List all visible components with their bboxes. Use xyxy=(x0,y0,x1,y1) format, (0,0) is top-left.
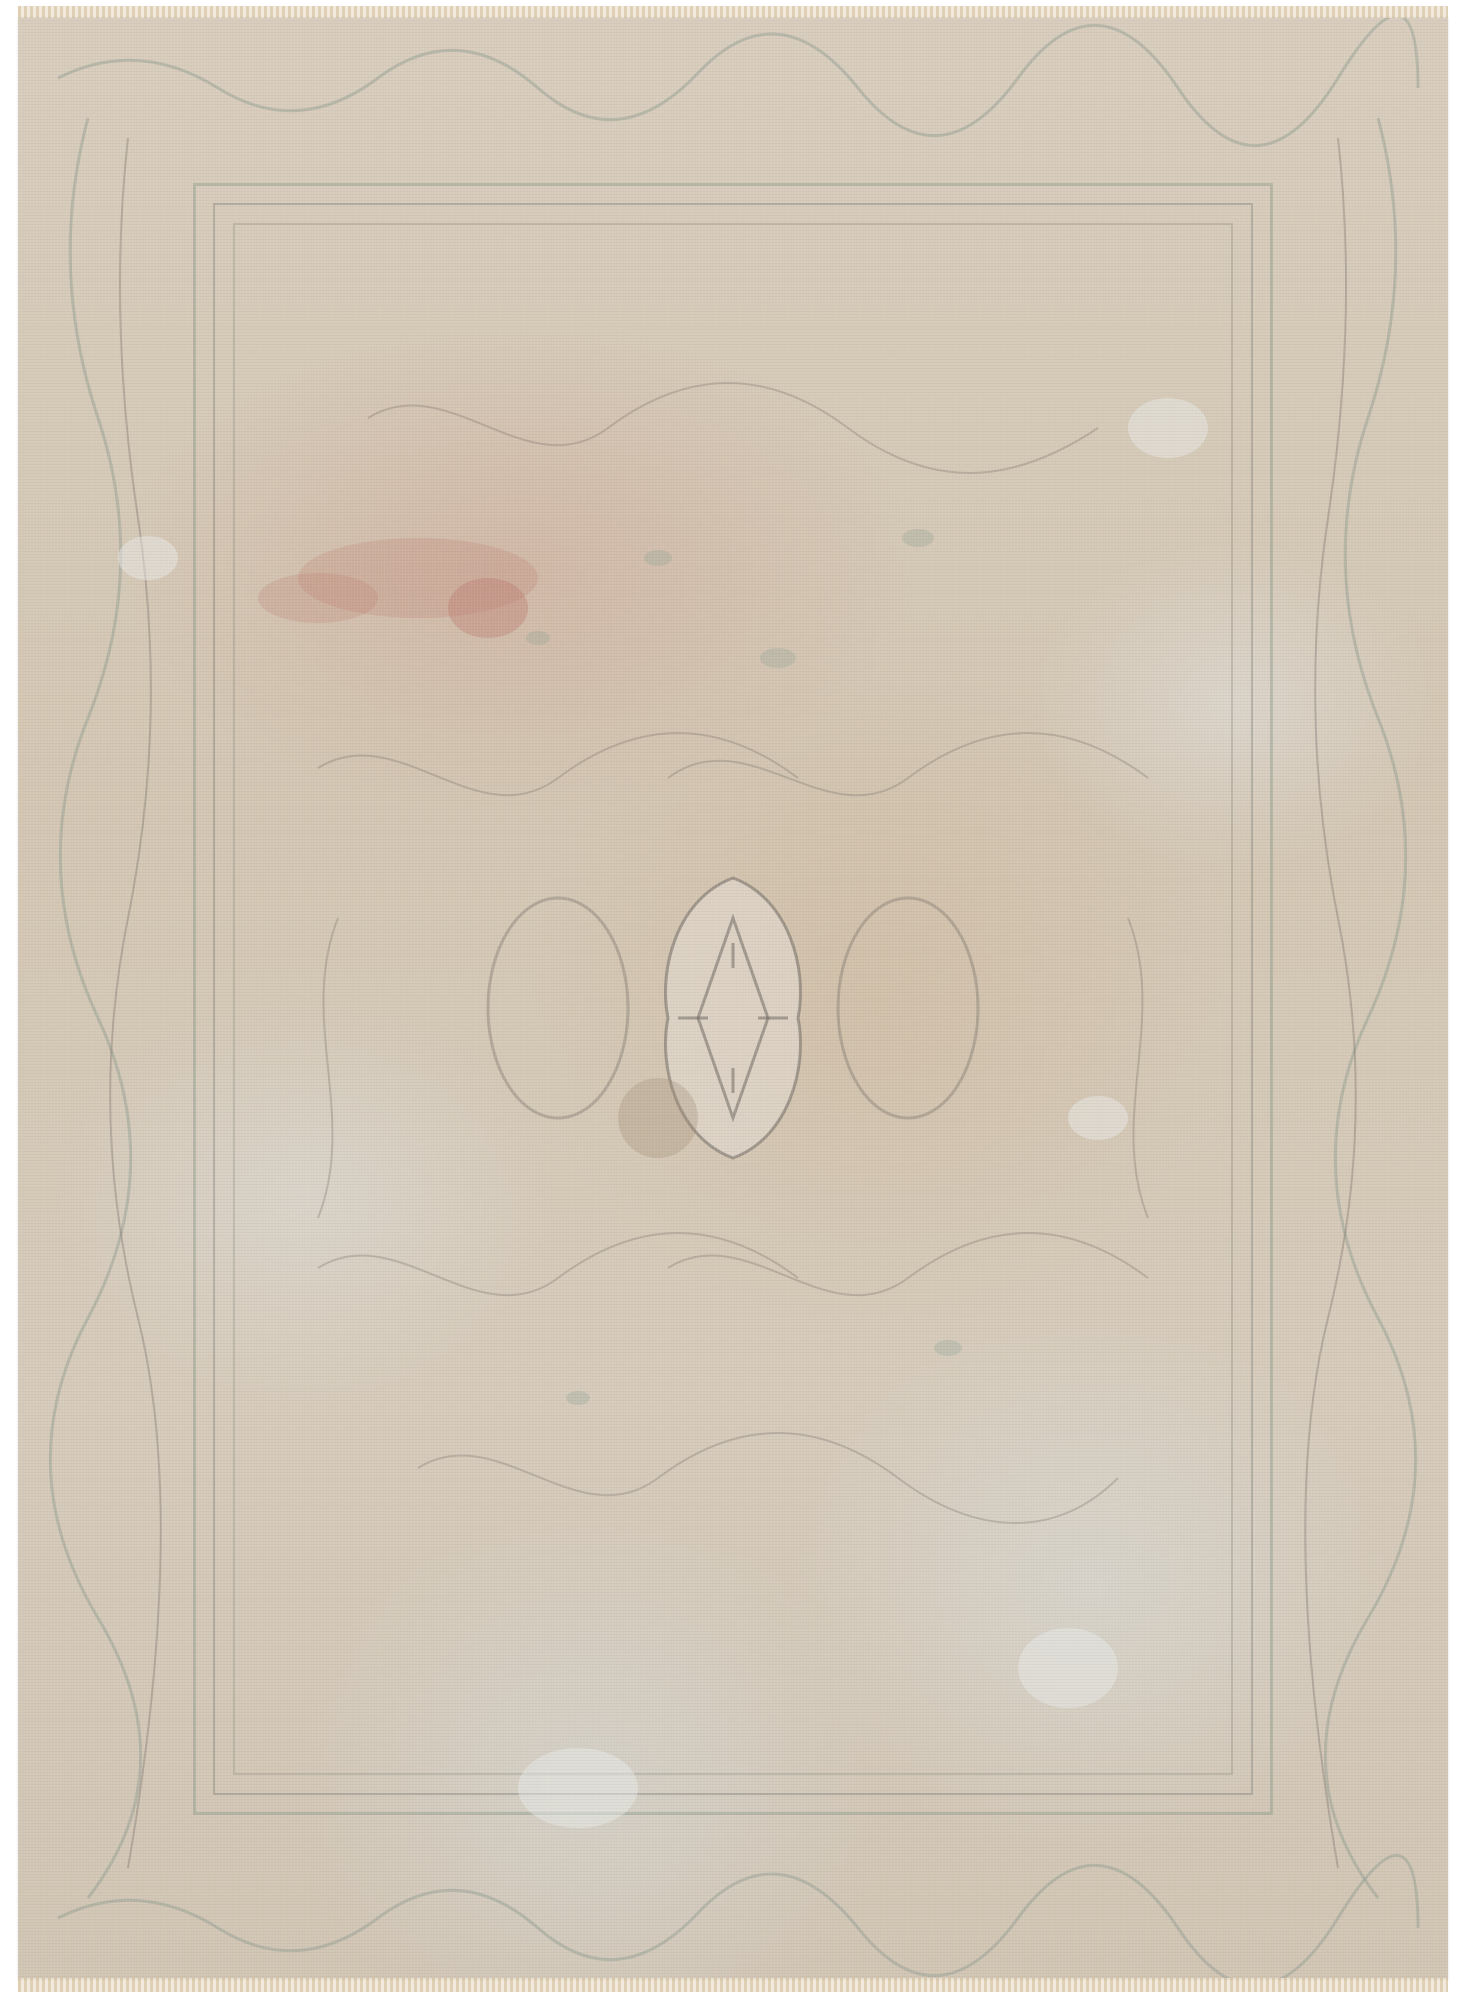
central-medallion xyxy=(488,878,978,1158)
rug-fringe-bottom xyxy=(18,1978,1448,1992)
rug-pattern xyxy=(18,18,1448,1980)
rug xyxy=(18,18,1448,1980)
rust-patch xyxy=(258,538,538,638)
